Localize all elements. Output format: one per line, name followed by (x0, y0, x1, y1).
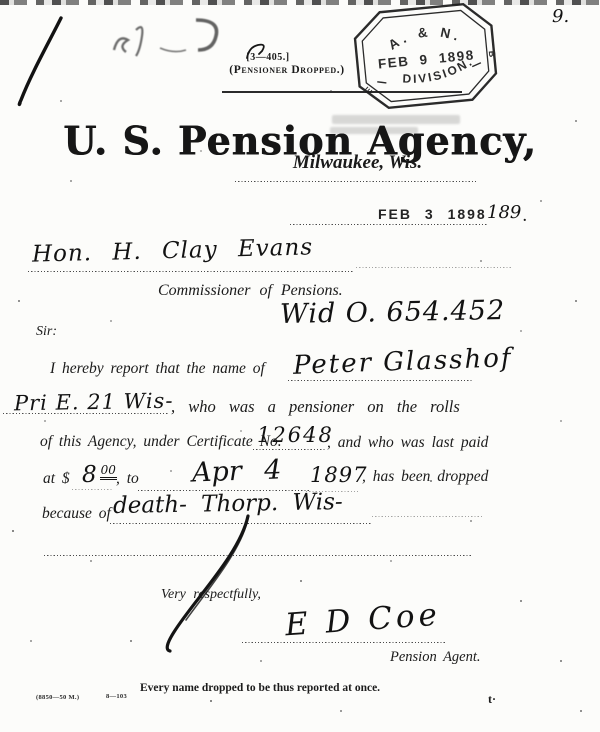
pensioner-name-handwritten: Peter Glasshof (293, 343, 513, 381)
last-paid-year-handwritten: 1897 (310, 463, 367, 487)
body-because-label: because of (42, 505, 111, 523)
body-dropped-label: , has been dropped (362, 468, 488, 486)
dotted-rule (288, 380, 472, 382)
last-paid-date-handwritten: Apr 4 (191, 454, 281, 488)
body-after-service: , who was a pensioner on the rolls (171, 397, 460, 417)
pen-flourish-stroke (150, 510, 262, 658)
scan-noise-specks (0, 0, 2, 2)
body-agency-certificate: of this Agency, under Certificate No. (40, 433, 282, 451)
body-at-amount-label: at $ (43, 470, 70, 488)
addressee-title: Commissioner of Pensions. (158, 282, 343, 300)
dotted-rule (372, 516, 484, 518)
amount-cents: 00 (100, 463, 117, 480)
form-name: (Pensioner Dropped.) (202, 64, 372, 76)
body-after-certificate: , and who was last paid (327, 434, 488, 452)
signer-title: Pension Agent. (390, 649, 481, 666)
ink-dot: . (523, 210, 527, 226)
page-number-note: 9. (552, 6, 569, 27)
service-unit-handwritten: Pri E. 21 Wis- (14, 389, 174, 416)
print-code: (8850—50 M.) (36, 694, 79, 701)
dotted-rule (3, 413, 169, 415)
amount-handwritten: 800 (82, 462, 117, 488)
dotted-rule (356, 267, 512, 269)
addressee-name: Hon. H. Clay Evans (32, 234, 314, 267)
date-received-stamp: FEB 3 1898 (378, 206, 487, 222)
agent-signature: E D Coe (284, 597, 442, 644)
dotted-rule (28, 271, 354, 273)
stamp-corner-mark: B (487, 50, 498, 58)
dotted-rule (235, 181, 478, 183)
dotted-rule (242, 642, 445, 644)
scan-edge-artifact (0, 0, 600, 5)
scanned-pension-document: 9. [3—405.] (Pensioner Dropped.) A. & N.… (0, 0, 600, 732)
dotted-rule (253, 449, 325, 451)
case-number-handwritten: Wid O. 654.452 (280, 295, 506, 330)
valediction: Very respectfully, (161, 587, 261, 603)
stray-ink-mark: t· (488, 692, 496, 707)
body-report-intro: I hereby report that the name of (50, 360, 265, 378)
dotted-rule (290, 224, 488, 226)
dotted-rule (72, 489, 112, 491)
form-number: [3—405.] (208, 52, 328, 63)
printed-year-prefix: 189 (487, 202, 521, 223)
certificate-number-handwritten: 12648 (257, 423, 334, 447)
received-date-stamp: A. & N. S. FEB 9 1898 DIVISION. E B (348, 0, 503, 114)
amount-dollars: 8 (82, 462, 97, 488)
body-to-label: , to (116, 470, 139, 488)
salutation: Sir: (36, 324, 57, 340)
pen-check-stroke (8, 12, 70, 110)
print-code: 8—103 (106, 693, 127, 700)
agency-location: Milwaukee, Wis. (240, 152, 475, 174)
